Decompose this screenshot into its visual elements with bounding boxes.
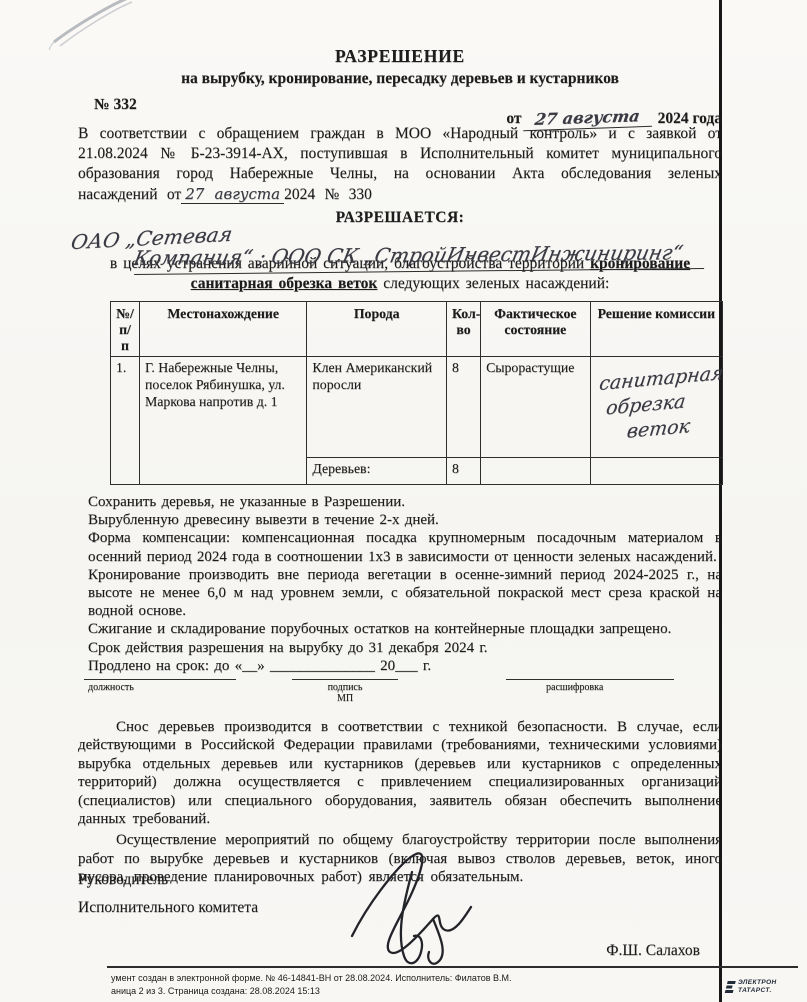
intro-paragraph: В соответствии с обращением граждан в МО… [78, 124, 722, 205]
table-header-row: №/ п/п Местонахождение Порода Кол- во Фа… [111, 302, 723, 357]
table-row: 1. Г. Набережные Челны, поселок Рябинушк… [111, 357, 723, 458]
col-header-decision: Решение комиссии [590, 302, 722, 357]
col-header-condition: Фактическое состояние [481, 302, 591, 357]
intro-handwritten-date: 27 августа [181, 185, 284, 204]
footer-note: умент создан в электронной форме. № 46-1… [111, 972, 512, 997]
transcript-label: расшифровка [506, 682, 674, 693]
stamp-label: МП [292, 693, 398, 704]
decision-handwriting: санитарная обрезка веток [591, 361, 721, 448]
signature-field-transcript: расшифровка [506, 679, 674, 693]
document-body: РАЗРЕШЕНИЕ на вырубку, кронирование, пер… [78, 46, 722, 887]
conditions-block: Сохранить деревья, не указанные в Разреш… [88, 493, 722, 675]
logo-text-line1: ЭЛЕКТРОН [738, 979, 777, 987]
signature-icon [336, 844, 521, 972]
purpose-marked-obrezka: санитарная обрезка веток [191, 275, 378, 292]
doc-title: РАЗРЕШЕНИЕ [78, 46, 722, 67]
col-header-location: Местонахождение [139, 302, 306, 357]
logo-icon [724, 980, 736, 994]
approver-name: Ф.Ш. Салахов [606, 942, 700, 960]
signature-field-position: должность [84, 679, 236, 693]
footer-note-line2: аница 2 из 3. Страница создана: 28.08.20… [111, 985, 512, 998]
handwritten-date: 27 августа [524, 106, 656, 131]
intro-text: В соответствии с обращением граждан в МО… [78, 125, 722, 203]
col-header-num: №/ п/п [111, 302, 140, 357]
intro-text-after: 2024 № 330 [284, 186, 372, 203]
summary-label: Деревьев: [307, 458, 447, 485]
col-header-species: Порода [307, 302, 447, 357]
purpose-text-end: следующих зеленых насаждений: [377, 275, 609, 292]
scanned-permit-page: РАЗРЕШЕНИЕ на вырубку, кронирование, пер… [0, 0, 807, 1002]
approver-role-line2: Исполнительного комитета [78, 894, 258, 922]
condition-item: Продлено на срок: до «__» ______________… [88, 657, 722, 675]
pen-mark-icon [20, 0, 150, 50]
date-prefix: от [506, 110, 521, 127]
date-suffix: 2024 года [658, 110, 722, 127]
logo-text: ЭЛЕКТРОН ТАТАРСТ. [738, 979, 777, 994]
summary-value: 8 [446, 458, 480, 485]
condition-item: Сжигание и складирование порубочных оста… [88, 620, 722, 638]
sign-label: подпись [292, 682, 398, 693]
position-label: должность [84, 682, 236, 693]
signature-field-sign: подпись МП [292, 679, 398, 704]
summary-empty-2 [590, 458, 722, 485]
footer-divider [107, 966, 798, 968]
logo-text-line2: ТАТАРСТ. [738, 987, 777, 995]
doc-number: № 332 [94, 96, 137, 114]
approver-role: Руководитель Исполнительного комитета [78, 866, 258, 922]
footer-note-line1: умент создан в электронной форме. № 46-1… [111, 972, 512, 985]
handwritten-companies-line2: Компания“ ; ООО СК „СтройИнвестИнжинирин… [134, 240, 704, 275]
condition-item: Кронирование производить вне периода вег… [88, 566, 722, 621]
cell-count: 8 [446, 357, 480, 458]
cell-location: Г. Набережные Челны, поселок Рябинушка, … [139, 357, 306, 485]
trees-table: №/ п/п Местонахождение Порода Кол- во Фа… [110, 301, 723, 485]
col-header-count: Кол- во [446, 302, 480, 357]
summary-empty-1 [481, 458, 591, 485]
condition-item: Сохранить деревья, не указанные в Разреш… [88, 493, 722, 511]
doc-subtitle: на вырубку, кронирование, пересадку дере… [78, 70, 722, 88]
approver-role-line1: Руководитель [78, 866, 258, 894]
signature-fields-row: должность подпись МП расшифровка [78, 679, 722, 715]
condition-item: Форма компенсации: компенсационная посад… [88, 529, 722, 565]
legal-paragraph-1: Снос деревьев производится в соответстви… [78, 718, 722, 828]
condition-item: Вырубленную древесину вывезти в течение … [88, 511, 722, 529]
condition-item: Срок действия разрешения на вырубку до 3… [88, 639, 722, 657]
doc-date-line: от 27 августа 2024 года [506, 108, 722, 129]
number-date-row: № 332 от 27 августа 2024 года [78, 96, 722, 124]
cell-species: Клен Американский поросли [307, 357, 447, 458]
electron-tatarstan-logo: ЭЛЕКТРОН ТАТАРСТ. [724, 979, 777, 994]
cell-condition: Сырорастущие [481, 357, 591, 458]
cell-num: 1. [111, 357, 140, 485]
cell-decision: санитарная обрезка веток [590, 357, 722, 458]
